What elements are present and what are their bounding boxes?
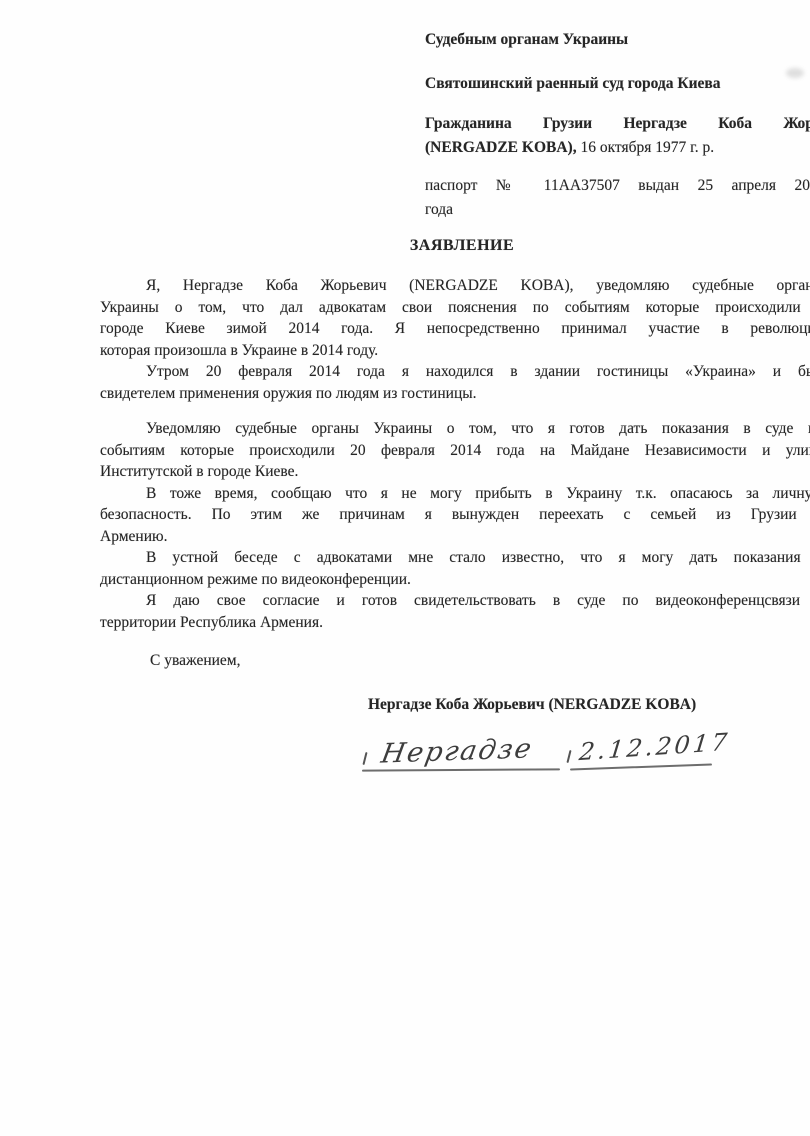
- paragraph-line: Уведомляю судебные органы Украины о том,…: [100, 418, 810, 440]
- paragraph-line: Я, Нергадзе Коба Жорьевич (NERGADZE KOBA…: [100, 275, 810, 297]
- applicant-name-line: Гражданина Грузии Нергадзе Коба Жорьевич: [425, 112, 810, 136]
- signature-tick-mark: [362, 752, 367, 765]
- paragraph-line: В тоже время, сообщаю что я не могу приб…: [100, 483, 810, 505]
- applicant-birth-line: (NERGADZE KOBA), 16 октября 1977 г. р.: [425, 136, 810, 160]
- paragraph-1: Я, Нергадзе Коба Жорьевич (NERGADZE KOBA…: [100, 275, 810, 361]
- paragraph-2: Утром 20 февраля 2014 года я находился в…: [100, 361, 810, 404]
- addressee-line: Судебным органам Украины: [425, 28, 810, 52]
- paragraph-line: Украины о том, что дал адвокатам свои по…: [100, 297, 810, 319]
- paragraph-line: Утром 20 февраля 2014 года я находился в…: [100, 361, 810, 383]
- paragraph-line: Я даю свое согласие и готов свидетельств…: [100, 590, 810, 612]
- court-name-line: Святошинский раенный суд города Киева: [425, 72, 810, 96]
- paragraph-line: дистанционном режиме по видеоконференции…: [100, 569, 810, 591]
- closing-salutation: С уважением,: [150, 652, 241, 670]
- paragraph-line: Институтской в городе Киеве.: [100, 461, 810, 483]
- body-text-upper: Я, Нергадзе Коба Жорьевич (NERGADZE KOBA…: [100, 275, 810, 404]
- date-tick-mark: [566, 750, 571, 763]
- paragraph-line: Армению.: [100, 526, 810, 548]
- paragraph-line: которая произошла в Украине в 2014 году.: [100, 340, 810, 362]
- handwritten-date: 2.12.2017: [578, 728, 732, 766]
- paragraph-line: В устной беседе с адвокатами мне стало и…: [100, 547, 810, 569]
- paragraph-line: безопасность. По этим же причинам я выну…: [100, 504, 810, 526]
- paragraph-6: Я даю свое согласие и готов свидетельств…: [100, 590, 810, 633]
- signatory-name: Нергадзе Коба Жорьевич (NERGADZE KOBA): [368, 696, 696, 714]
- applicant-latin-name: (NERGADZE KOBA),: [425, 139, 577, 156]
- document-page: Судебным органам Украины Святошинский ра…: [0, 0, 810, 1136]
- passport-line-continuation: года: [425, 198, 810, 222]
- paragraph-line: свидетелем применения оружия по людям из…: [100, 383, 810, 405]
- paragraph-3: Уведомляю судебные органы Украины о том,…: [100, 418, 810, 483]
- passport-line: паспорт № 11АА37507 выдан 25 апреля 20: [425, 174, 810, 198]
- handwritten-signature: Нергадзе: [379, 733, 536, 769]
- document-title: ЗАЯВЛЕНИЕ: [100, 237, 810, 255]
- applicant-birthdate: 16 октября 1977 г. р.: [577, 139, 715, 156]
- paragraph-line: городе Киеве зимой 2014 года. Я непосред…: [100, 318, 810, 340]
- paragraph-line: событиям которые происходили 20 февраля …: [100, 440, 810, 462]
- paragraph-line: территории Республика Армения.: [100, 612, 810, 634]
- paragraph-4: В тоже время, сообщаю что я не могу приб…: [100, 483, 810, 548]
- scan-smudge-artifact: [786, 68, 804, 78]
- paragraph-5: В устной беседе с адвокатами мне стало и…: [100, 547, 810, 590]
- signature-underline: [362, 768, 560, 771]
- body-text-lower: Уведомляю судебные органы Украины о том,…: [100, 418, 810, 633]
